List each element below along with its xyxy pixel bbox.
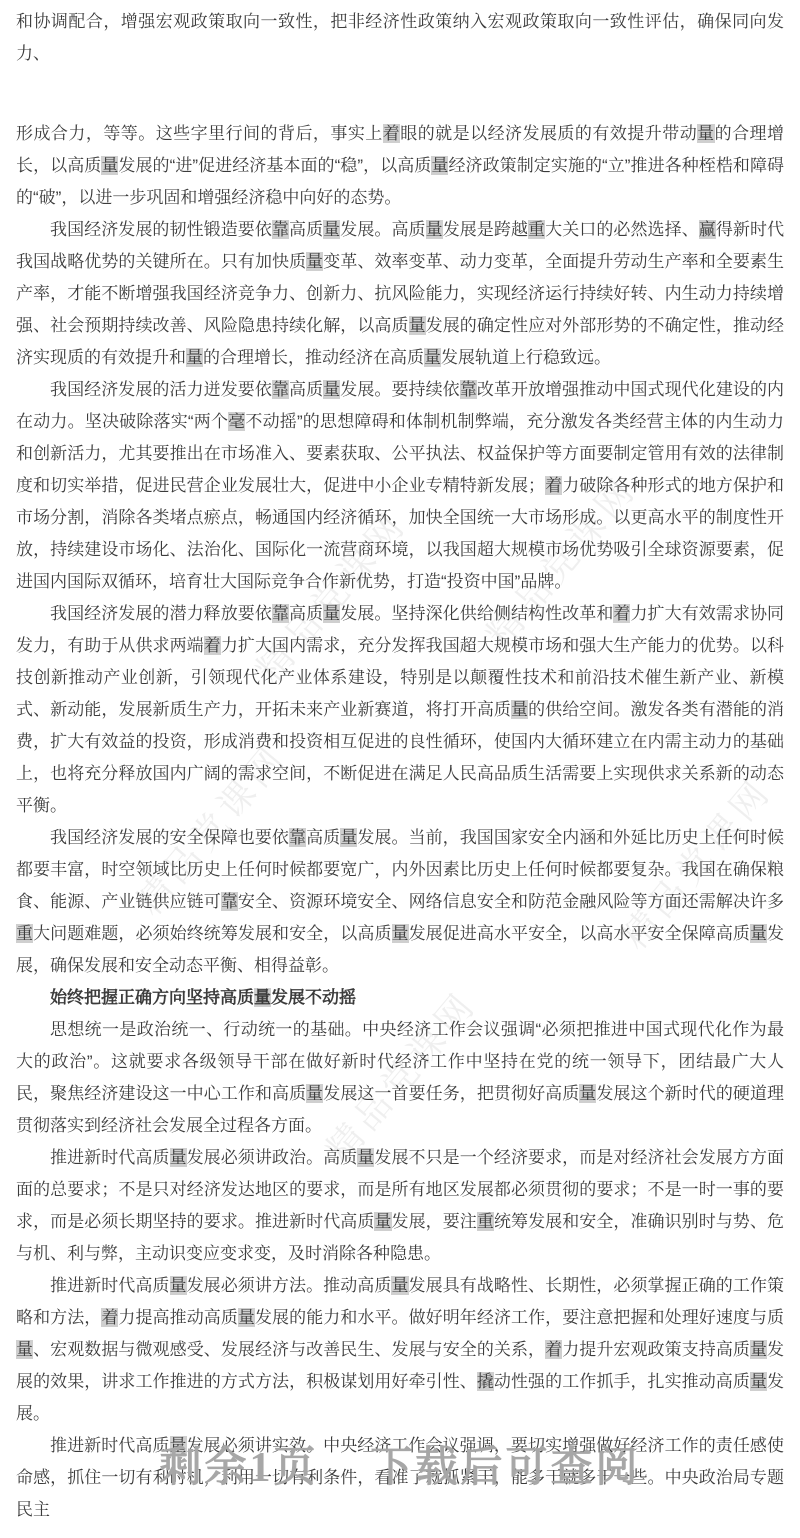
section-heading: 始终把握正确方向坚持高质量发展不动摇	[16, 982, 784, 1014]
remaining-pages-banner: 剩余1页下载后可查阅	[0, 1434, 800, 1494]
document-body: 形成合力，等等。这些字里行间的背后，事实上着眼的就是以经济发展质的有效提升带动量…	[16, 118, 784, 1526]
paragraph: 我国经济发展的安全保障也要依靠高质量发展。当前，我国国家安全内涵和外延比历史上任…	[16, 822, 784, 982]
paragraph: 推进新时代高质量发展必须讲方法。推动高质量发展具有战略性、长期性，必须掌握正确的…	[16, 1270, 784, 1430]
prev-page-last-line: 和协调配合，增强宏观政策取向一致性，把非经济性政策纳入宏观政策取向一致性评估，确…	[16, 6, 784, 70]
document-content: 和协调配合，增强宏观政策取向一致性，把非经济性政策纳入宏观政策取向一致性评估，确…	[16, 6, 784, 1526]
paragraph: 思想统一是政治统一、行动统一的基础。中央经济工作会议强调“必须把推进中国式现代化…	[16, 1014, 784, 1142]
page-break-gap	[16, 70, 784, 118]
paragraph: 推进新时代高质量发展必须讲政治。高质量发展不只是一个经济要求，而是对经济社会发展…	[16, 1142, 784, 1270]
paragraph: 我国经济发展的韧性锻造要依靠高质量发展。高质量发展是跨越重大关口的必然选择、赢得…	[16, 214, 784, 374]
paragraph: 形成合力，等等。这些字里行间的背后，事实上着眼的就是以经济发展质的有效提升带动量…	[16, 118, 784, 214]
remaining-pages-text: 剩余1页	[159, 1445, 318, 1491]
download-hint-text: 下载后可查阅	[371, 1445, 641, 1491]
paragraph: 我国经济发展的潜力释放要依靠高质量发展。坚持深化供给侧结构性改革和着力扩大有效需…	[16, 598, 784, 822]
paragraph: 我国经济发展的活力迸发要依靠高质量发展。要持续依靠改革开放增强推动中国式现代化建…	[16, 374, 784, 598]
document-preview-page: 精品党课网精品党课网精品党课网精品党课网精品党课网 和协调配合，增强宏观政策取向…	[0, 0, 800, 1538]
